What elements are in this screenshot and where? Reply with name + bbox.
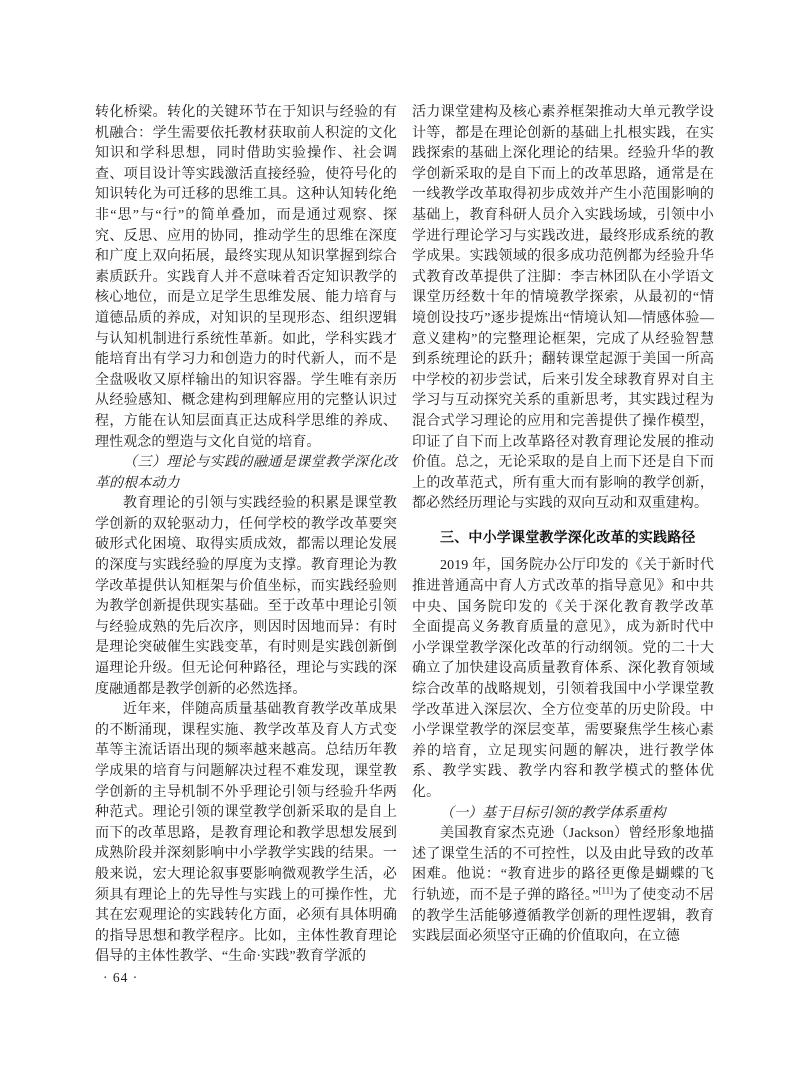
body-paragraph-recent-years: 近年来，伴随高质量基础教育教学改革成果的不断涌现，课程实施、教学改革及育人方式变… xyxy=(95,700,397,968)
body-paragraph-theory-practice: 教育理论的引领与实践经验的积累是课堂教学创新的双轮驱动力，任何学校的教学改革要突… xyxy=(95,494,397,700)
journal-page: 转化桥梁。转化的关键环节在于知识与经验的有机融合：学生需要依托教材获取前人积淀的… xyxy=(0,0,800,1077)
body-paragraph-jackson: 美国教育家杰克逊（Jackson）曾经形象地描述了课堂生活的不可控性，以及由此导… xyxy=(412,824,714,948)
right-column: 活力课堂建构及核心素养框架推动大单元教学设计等，都是在理论创新的基础上扎根实践，… xyxy=(412,103,714,968)
subsection-heading-three: （三）理论与实践的融通是课堂教学深化改革的根本动力 xyxy=(95,453,397,494)
section-heading-three: 三、中小学课堂教学深化改革的实践路径 xyxy=(412,527,714,548)
text-columns: 转化桥梁。转化的关键环节在于知识与经验的有机融合：学生需要依托教材获取前人积淀的… xyxy=(95,103,714,968)
left-column: 转化桥梁。转化的关键环节在于知识与经验的有机融合：学生需要依托教材获取前人积淀的… xyxy=(95,103,397,968)
citation-superscript: [11] xyxy=(599,885,614,895)
body-paragraph-policy: 2019 年，国务院办公厅印发的《关于新时代推进普通高中育人方式改革的指导意见》… xyxy=(412,556,714,803)
subsection-heading-one: （一）基于目标引领的教学体系重构 xyxy=(412,804,714,825)
body-paragraph-continuation: 转化桥梁。转化的关键环节在于知识与经验的有机融合：学生需要依托教材获取前人积淀的… xyxy=(95,103,397,453)
page-number: · 64 · xyxy=(103,970,138,986)
body-paragraph-continuation: 活力课堂建构及核心素养框架推动大单元教学设计等，都是在理论创新的基础上扎根实践，… xyxy=(412,103,714,515)
